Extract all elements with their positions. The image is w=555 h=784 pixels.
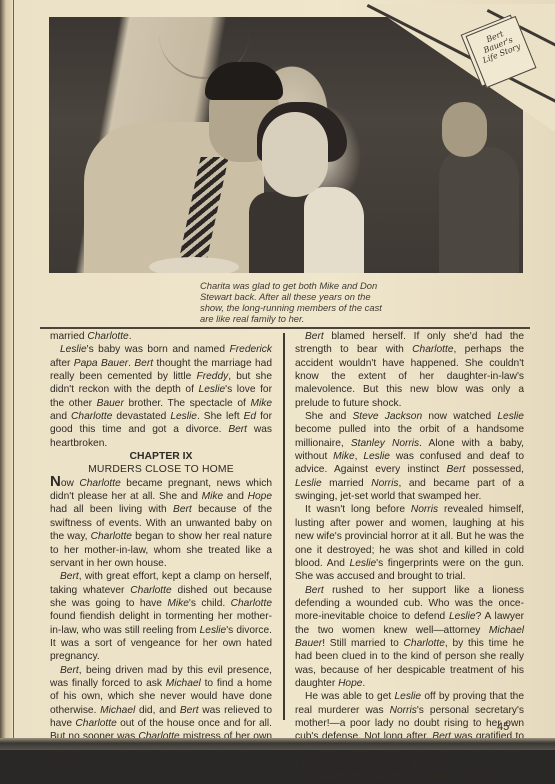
right-column: Bert blamed herself. If only she'd had t… — [295, 330, 524, 750]
character-name: Michael — [166, 678, 201, 689]
character-name: Mike — [333, 451, 355, 462]
character-name: Papa Bauer — [74, 358, 128, 369]
character-name: Mike — [202, 491, 224, 502]
photo-plate — [149, 257, 239, 273]
paragraph: Bert, with great effort, kept a clamp on… — [50, 570, 272, 663]
character-name: Bert — [305, 331, 324, 342]
character-name: Freddy — [197, 371, 229, 382]
left-column: married Charlotte. Leslie's baby was bor… — [50, 330, 272, 750]
character-name: Charlotte — [404, 638, 445, 649]
character-name: Bert — [60, 571, 79, 582]
character-name: Leslie — [295, 478, 322, 489]
character-name: Charlotte — [91, 531, 132, 542]
character-name: Charlotte — [412, 344, 453, 355]
paragraph: Bert blamed herself. If only she'd had t… — [295, 330, 524, 410]
paragraph: She and Steve Jackson now watched Leslie… — [295, 410, 524, 503]
character-name: Stanley Norris — [351, 438, 419, 449]
page-binding-edge — [0, 0, 12, 750]
character-name: Charlotte — [231, 598, 272, 609]
character-name: Steve Jackson — [353, 411, 423, 422]
paragraph: Now Charlotte became pregnant, news whic… — [50, 477, 272, 570]
character-name: Ed — [244, 411, 256, 422]
character-name: Charlotte — [71, 411, 112, 422]
character-name: Leslie — [449, 611, 476, 622]
character-name: Leslie — [170, 411, 197, 422]
character-name: Norris — [371, 478, 398, 489]
character-name: Leslie — [60, 344, 87, 355]
drop-cap: N — [50, 473, 61, 490]
character-name: Mike — [250, 398, 272, 409]
character-name: Charlotte — [75, 718, 116, 729]
character-name: Mike — [167, 598, 189, 609]
photo-caption: Charita was glad to get both Mike and Do… — [200, 280, 390, 324]
character-name: Frederick — [230, 344, 272, 355]
character-name: Charlotte — [79, 478, 120, 489]
photo-woman-face — [262, 112, 328, 197]
page-bottom-edge — [0, 738, 555, 750]
chapter-number: CHAPTER IX — [50, 450, 272, 463]
character-name: Hope — [248, 491, 272, 502]
character-name: Leslie — [394, 691, 421, 702]
character-name: Norris — [411, 504, 438, 515]
page-spine-line — [13, 0, 14, 750]
photo-woman-blouse — [304, 187, 364, 273]
character-name: Charlotte — [130, 585, 171, 596]
character-name: Leslie — [200, 625, 227, 636]
paragraph: married Charlotte. — [50, 330, 272, 343]
character-name: Bert — [134, 358, 153, 369]
photo-background-man-head — [442, 102, 487, 157]
character-name: Charlotte — [87, 331, 128, 342]
photo-background-man — [439, 147, 519, 273]
chapter-title: MURDERS CLOSE TO HOME — [50, 463, 272, 476]
magazine-page: Bert Bauer's Life Story Charita was glad… — [0, 0, 555, 750]
character-name: Bauer — [97, 398, 124, 409]
paragraph: Bert rushed to her support like a liones… — [295, 584, 524, 691]
character-name: Bert — [228, 424, 247, 435]
character-name: Leslie — [497, 411, 524, 422]
character-name: Bert — [173, 504, 192, 515]
character-name: Hope — [338, 678, 362, 689]
caption-rule — [40, 327, 530, 329]
character-name: Michael — [100, 705, 135, 716]
paragraph-text: ow Charlotte became pregnant, news which… — [50, 478, 272, 569]
page-number: 45 — [497, 721, 509, 733]
character-name: Leslie — [363, 451, 390, 462]
character-name: Leslie — [350, 558, 377, 569]
photo-man-hair — [205, 62, 283, 100]
character-name: Norris — [390, 705, 417, 716]
character-name: Bert — [305, 585, 324, 596]
book-title: Bert Bauer's Life Story — [473, 24, 524, 66]
paragraph: It wasn't long before Norris revealed hi… — [295, 503, 524, 583]
character-name: Bert — [446, 464, 465, 475]
character-name: Leslie — [199, 384, 226, 395]
column-divider — [283, 333, 285, 720]
character-name: Bert — [60, 665, 79, 676]
paragraph: Leslie's baby was born and named Frederi… — [50, 343, 272, 450]
character-name: Bert — [180, 705, 199, 716]
